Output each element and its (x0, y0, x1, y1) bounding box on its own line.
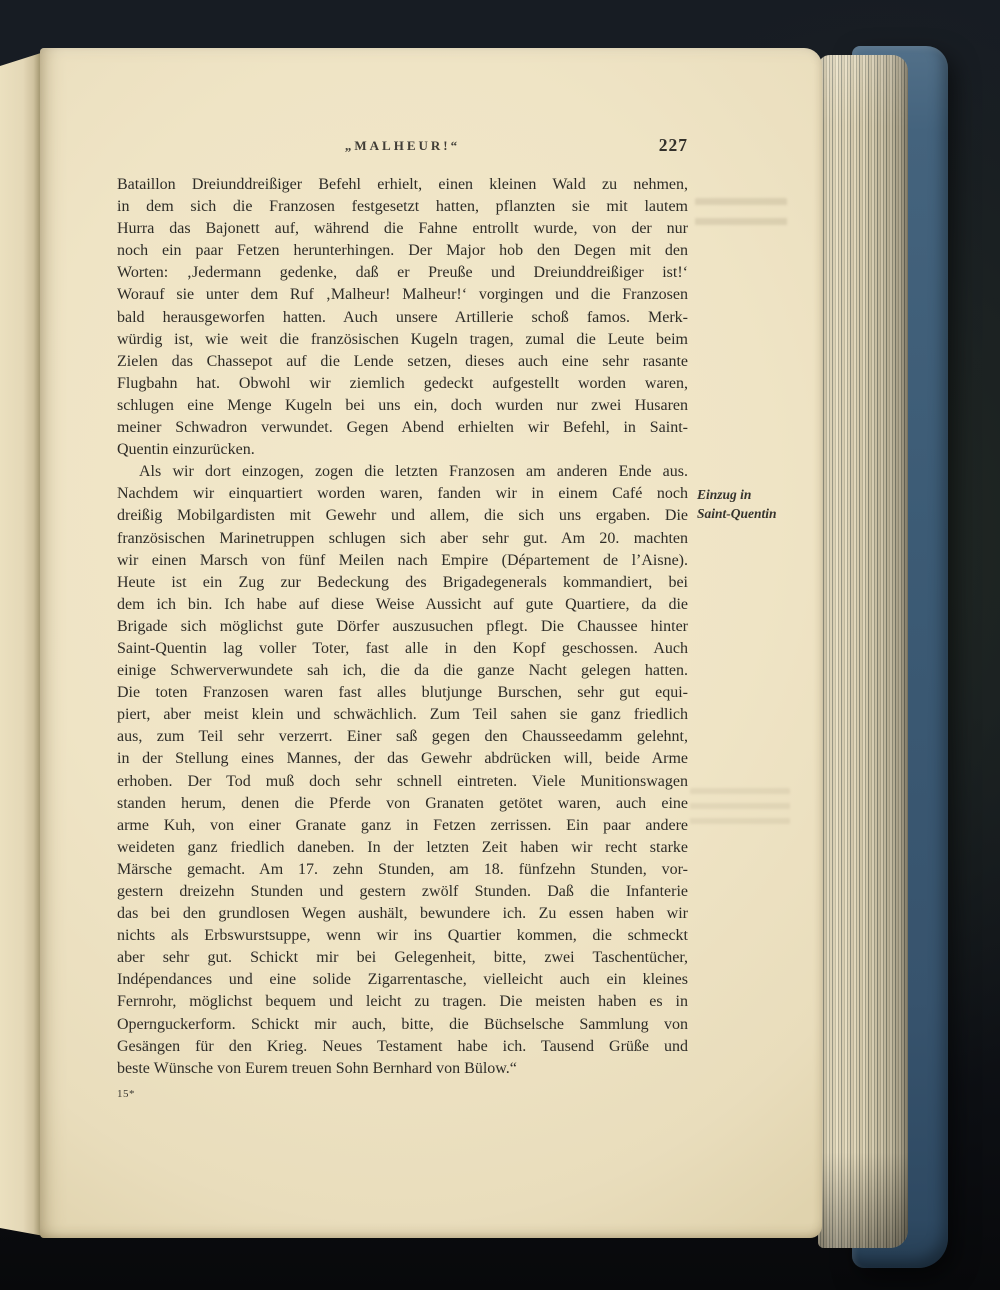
text-line: Heute ist ein Zug zur Bedeckung des Brig… (117, 572, 688, 594)
text-line: Indépendances und eine solide Zigarrenta… (117, 969, 688, 991)
text-line: Brigade sich möglichst gute Dörfer auszu… (117, 616, 688, 638)
book-page: „MALHEUR!“ 227 Bataillon Dreiunddreißige… (40, 48, 822, 1238)
text-line: Die toten Franzosen waren fast alles blu… (117, 682, 688, 704)
page-header: „MALHEUR!“ 227 (117, 138, 688, 160)
text-line: Saint-Quentin lag voller Toter, fast all… (117, 638, 688, 660)
text-line: nichts als Erbswurstsuppe, wenn wir ins … (117, 925, 688, 947)
text-line: dreißig Mobilgardisten mit Gewehr und al… (117, 505, 688, 527)
text-line: einige Schwerverwundete sah ich, die da … (117, 660, 688, 682)
signature-mark: 15* (117, 1088, 135, 1100)
text-line: in dem sich die Franzosen festgesetzt ha… (117, 196, 688, 218)
show-through-smudge (690, 788, 790, 832)
page-fore-edges (818, 55, 908, 1248)
text-line: meiner Schwadron verwundet. Gegen Abend … (117, 417, 688, 439)
text-line: noch ein paar Fetzen herunterhingen. Der… (117, 240, 688, 262)
text-line: bald herausgeworfen hatten. Auch unsere … (117, 307, 688, 329)
body-text: Bataillon Dreiunddreißiger Befehl erhiel… (117, 174, 688, 1080)
page-number: 227 (659, 135, 688, 156)
text-line: Worten: ‚Jedermann gedenke, daß er Preuß… (117, 262, 688, 284)
text-line: wir einen Marsch von fünf Meilen nach Em… (117, 550, 688, 572)
text-line: Hurra das Bajonett auf, während die Fahn… (117, 218, 688, 240)
margin-note: Einzug in Saint-Quentin (697, 485, 815, 523)
book-photo: „MALHEUR!“ 227 Bataillon Dreiunddreißige… (0, 0, 1000, 1290)
text-line: aber sehr gut. Schickt mir bei Gelegenhe… (117, 947, 688, 969)
text-line: weideten ganz friedlich daneben. In der … (117, 837, 688, 859)
text-line: französischen Marinetruppen schlugen sic… (117, 528, 688, 550)
text-line: Worauf sie unter dem Ruf ‚Malheur! Malhe… (117, 284, 688, 306)
text-line: beste Wünsche von Eurem treuen Sohn Bern… (117, 1058, 688, 1080)
text-line: aus, zum Teil sehr verzerrt. Einer saß g… (117, 726, 688, 748)
text-line: Märsche gemacht. Am 17. zehn Stunden, am… (117, 859, 688, 881)
text-line: Gesängen für den Krieg. Neues Testament … (117, 1036, 688, 1058)
text-line: Flugbahn hat. Obwohl wir ziemlich gedeck… (117, 373, 688, 395)
text-line: dem ich bin. Ich habe auf diese Weise Au… (117, 594, 688, 616)
text-line: arme Kuh, von einer Granate ganz in Fetz… (117, 815, 688, 837)
text-line: schlugen eine Menge Kugeln bei uns ein, … (117, 395, 688, 417)
text-line: Nachdem wir einquartiert worden waren, f… (117, 483, 688, 505)
text-line: Bataillon Dreiunddreißiger Befehl erhiel… (117, 174, 688, 196)
margin-note-line: Saint-Quentin (697, 504, 815, 523)
text-line: Fernrohr, möglichst bequem und leicht zu… (117, 991, 688, 1013)
facing-page-edge (0, 52, 44, 1236)
text-line: gestern dreizehn Stunden und gestern zwö… (117, 881, 688, 903)
text-line: Quentin einzurücken. (117, 439, 688, 461)
text-line: Opernguckerform. Schickt mir auch, bitte… (117, 1014, 688, 1036)
text-line: piert, aber meist klein und schwächlich.… (117, 704, 688, 726)
show-through-smudge (695, 198, 787, 234)
text-line: in der Stellung eines Mannes, der das Ge… (117, 748, 688, 770)
text-line: erhoben. Der Tod muß doch sehr schnell e… (117, 771, 688, 793)
text-line: Als wir dort einzogen, zogen die letzten… (117, 461, 688, 483)
text-line: Zielen das Chassepot auf die Lende setze… (117, 351, 688, 373)
running-title: „MALHEUR!“ (117, 138, 688, 154)
text-line: würdig ist, wie weit die französischen K… (117, 329, 688, 351)
margin-note-line: Einzug in (697, 485, 815, 504)
text-line: standen herum, denen die Pferde von Gran… (117, 793, 688, 815)
text-line: das bei den grundlosen Wegen aushält, be… (117, 903, 688, 925)
